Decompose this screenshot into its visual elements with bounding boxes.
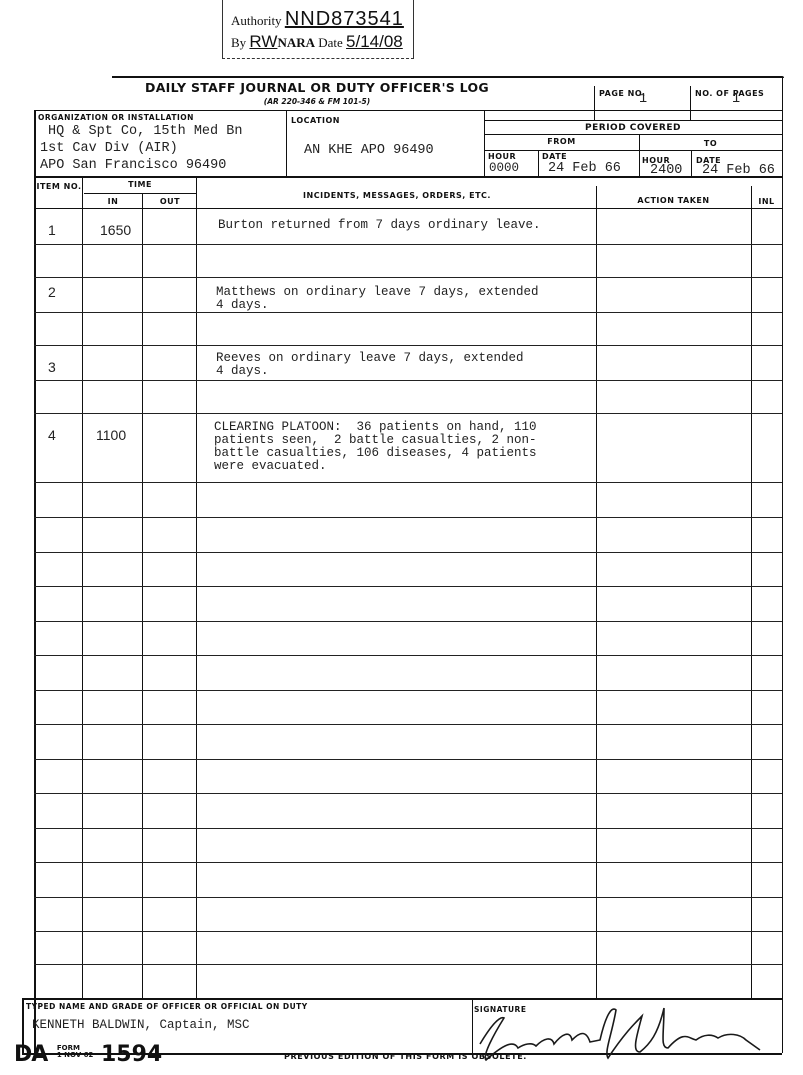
form-number: DA FORM 1 NOV 62 1594	[14, 1042, 162, 1067]
declassification-stamp: Authority NND873541 By RWNARA Date 5/14/…	[222, 0, 414, 59]
row-rule	[34, 586, 782, 587]
organization-label: ORGANIZATION OR INSTALLATION	[38, 113, 194, 122]
from-hour-label: HOUR	[488, 152, 516, 161]
from-date-value: 24 Feb 66	[548, 161, 621, 176]
from-label: FROM	[484, 137, 639, 146]
authority-value: NND873541	[285, 8, 404, 30]
row-rule	[34, 244, 782, 245]
entry-2-text: Matthews on ordinary leave 7 days, exten…	[216, 286, 539, 312]
entry-4-item: 4	[48, 427, 56, 443]
row-rule	[34, 552, 782, 553]
header-item-no: ITEM NO.	[34, 181, 84, 193]
form-number-value: 1594	[101, 1042, 162, 1067]
entry-3-item: 3	[48, 359, 56, 375]
by-initials: RW	[249, 32, 277, 51]
header-inl: INL	[751, 197, 782, 206]
header-incidents: INCIDENTS, MESSAGES, ORDERS, ETC.	[198, 191, 596, 200]
header-action-taken: ACTION TAKEN	[596, 196, 751, 205]
row-rule	[34, 828, 782, 829]
num-pages-label: NO. OF PAGES	[695, 89, 764, 98]
header-in: IN	[84, 197, 142, 206]
form-prefix: DA	[14, 1042, 47, 1067]
row-rule	[34, 277, 782, 278]
row-rule	[34, 413, 782, 414]
page-no-value: 1	[639, 92, 647, 107]
row-rule	[34, 964, 782, 965]
entry-1-text: Burton returned from 7 days ordinary lea…	[218, 219, 541, 232]
row-rule	[34, 862, 782, 863]
to-label: TO	[639, 139, 782, 148]
stamp-date: 5/14/08	[346, 32, 403, 51]
row-rule	[34, 312, 782, 313]
row-rule	[34, 345, 782, 346]
row-rule	[34, 897, 782, 898]
organization-line-2: 1st Cav Div (AIR)	[40, 141, 178, 156]
row-rule	[34, 724, 782, 725]
num-pages-value: 1	[732, 92, 740, 107]
officer-name: KENNETH BALDWIN, Captain, MSC	[32, 1018, 250, 1032]
entry-2-item: 2	[48, 284, 56, 300]
row-rule	[34, 690, 782, 691]
row-rule	[34, 655, 782, 656]
period-covered-label: PERIOD COVERED	[484, 123, 782, 133]
entry-4-text: CLEARING PLATOON: 36 patients on hand, 1…	[214, 421, 537, 473]
form-date: 1 NOV 62	[57, 1051, 94, 1059]
from-date-label: DATE	[542, 152, 567, 161]
row-rule	[34, 380, 782, 381]
row-rule	[34, 482, 782, 483]
header-time: TIME	[84, 180, 196, 189]
entry-1-time-in: 1650	[100, 222, 131, 238]
row-rule	[34, 621, 782, 622]
agency: NARA	[277, 35, 315, 50]
authority-label: Authority	[231, 13, 282, 28]
location-label: LOCATION	[291, 116, 340, 125]
form-subtitle: (AR 220-346 & FM 101-5)	[127, 97, 507, 106]
organization-line-1: HQ & Spt Co, 15th Med Bn	[48, 124, 242, 139]
organization-line-3: APO San Francisco 96490	[40, 158, 226, 173]
entry-3-text: Reeves on ordinary leave 7 days, extende…	[216, 352, 524, 378]
from-hour-value: 0000	[489, 161, 519, 175]
row-rule	[34, 517, 782, 518]
header-out: OUT	[144, 197, 196, 206]
row-rule	[34, 759, 782, 760]
officer-label: TYPED NAME AND GRADE OF OFFICER OR OFFIC…	[26, 1002, 308, 1011]
entry-1-item: 1	[48, 222, 56, 238]
row-rule	[34, 793, 782, 794]
by-label: By	[231, 35, 246, 50]
location-value: AN KHE APO 96490	[304, 143, 434, 158]
form-title: DAILY STAFF JOURNAL OR DUTY OFFICER'S LO…	[127, 80, 507, 95]
duty-log-form: DAILY STAFF JOURNAL OR DUTY OFFICER'S LO…	[22, 76, 782, 1056]
row-rule	[34, 931, 782, 932]
date-label: Date	[318, 35, 343, 50]
entry-4-time-in: 1100	[96, 427, 126, 443]
previous-edition-note: PREVIOUS EDITION OF THIS FORM IS OBSOLET…	[284, 1052, 527, 1061]
